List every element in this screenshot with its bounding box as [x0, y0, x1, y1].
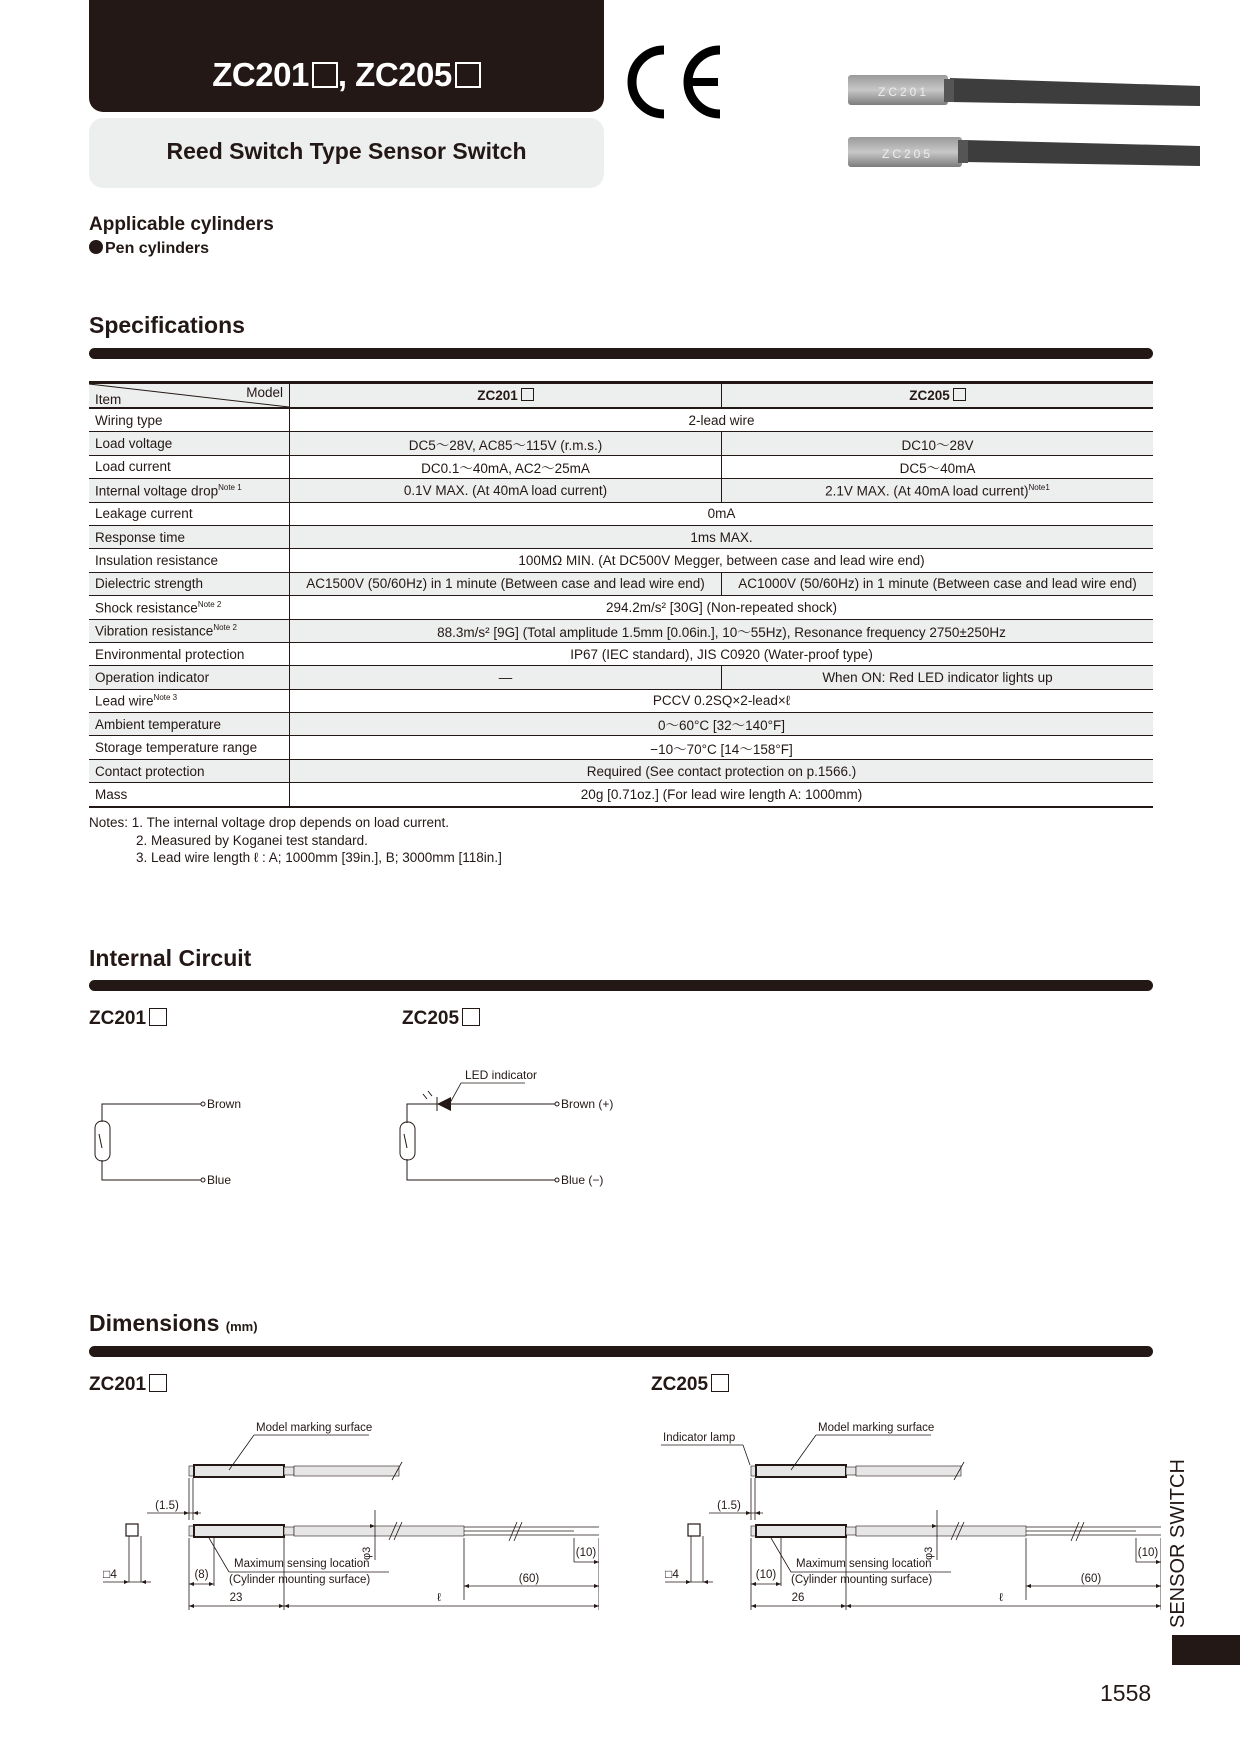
section-divider	[89, 980, 1153, 991]
spec-value: 0mA	[290, 502, 1154, 525]
table-row: Operation indicator—When ON: Red LED ind…	[89, 666, 1153, 689]
spec-value-zc205: DC10～28V	[722, 432, 1154, 455]
circuit-diagram-zc201: Brown Blue	[89, 1090, 289, 1190]
specifications-heading: Specifications	[89, 312, 245, 339]
spec-value: −10～70°C [14～158°F]	[290, 736, 1154, 759]
svg-text:(1.5): (1.5)	[717, 1500, 741, 1512]
spec-item-label: Wiring type	[89, 408, 290, 432]
svg-text:□4: □4	[665, 1567, 679, 1581]
table-row: Mass20g [0.71oz.] (For lead wire length …	[89, 783, 1153, 807]
spec-value: 100MΩ MIN. (At DC500V Megger, between ca…	[290, 549, 1154, 572]
spec-value-zc201: DC5～28V, AC85～115V (r.m.s.)	[290, 432, 722, 455]
circuit-diagram-zc205: LED indicator Brown (+) Blue (−)	[395, 1055, 635, 1195]
model-suffix-box	[312, 62, 338, 88]
spec-item-label: Leakage current	[89, 502, 290, 525]
svg-text:Blue: Blue	[207, 1173, 231, 1187]
table-row: Vibration resistanceNote 288.3m/s² [9G] …	[89, 619, 1153, 642]
dimension-model-zc201: ZC201	[89, 1374, 167, 1396]
table-row: Leakage current0mA	[89, 502, 1153, 525]
svg-text:(Cylinder mounting surface): (Cylinder mounting surface)	[229, 1574, 370, 1586]
reed-switch-icon	[400, 1122, 415, 1160]
section-divider	[89, 1346, 1153, 1357]
spec-item-label: Insulation resistance	[89, 549, 290, 572]
svg-text:(10): (10)	[1138, 1547, 1159, 1559]
spec-item-label: Contact protection	[89, 759, 290, 782]
table-row: Load voltageDC5～28V, AC85～115V (r.m.s.)D…	[89, 432, 1153, 455]
svg-text:ℓ: ℓ	[437, 1592, 441, 1604]
ce-mark-icon	[620, 42, 730, 122]
spec-item-label: Operation indicator	[89, 666, 290, 689]
applicable-cylinders-heading: Applicable cylinders	[89, 214, 274, 236]
spec-item-label: Internal voltage dropNote 1	[89, 479, 290, 502]
dimension-model-zc205: ZC205	[651, 1374, 729, 1396]
section-side-tab	[1172, 1635, 1240, 1665]
svg-text:(8): (8)	[194, 1569, 208, 1581]
spec-value: 294.2m/s² [30G] (Non-repeated shock)	[290, 596, 1154, 619]
spec-value: Required (See contact protection on p.15…	[290, 759, 1154, 782]
spec-item-label: Load current	[89, 455, 290, 478]
reed-switch-icon	[95, 1121, 110, 1161]
circuit-model-zc201: ZC201	[89, 1008, 167, 1030]
spec-value-zc205: When ON: Red LED indicator lights up	[722, 666, 1154, 689]
svg-text:(Cylinder mounting surface): (Cylinder mounting surface)	[791, 1574, 932, 1586]
svg-text:ZC205: ZC205	[882, 147, 933, 161]
spec-item-label: Storage temperature range	[89, 736, 290, 759]
spec-value: 20g [0.71oz.] (For lead wire length A: 1…	[290, 783, 1154, 807]
product-photo: ZC201 ZC205	[840, 60, 1210, 180]
dimension-drawing-zc205: □4(1.5)φ3(10)26ℓ(60)(10)Maximum sensing …	[651, 1410, 1161, 1610]
page-number: 1558	[1100, 1680, 1151, 1707]
svg-text:SENSOR SWITCHES: SENSOR SWITCHES	[1167, 1460, 1189, 1628]
svg-text:Model marking surface: Model marking surface	[818, 1422, 934, 1434]
internal-circuit-heading: Internal Circuit	[89, 945, 251, 972]
svg-text:Blue (−): Blue (−)	[561, 1173, 603, 1187]
table-row: Environmental protectionIP67 (IEC standa…	[89, 642, 1153, 665]
dimension-drawing-zc201: □4(1.5)φ3(8)23ℓ(60)(10)Maximum sensing l…	[89, 1410, 599, 1610]
spec-item-label: Vibration resistanceNote 2	[89, 619, 290, 642]
page-title: ZC201, ZC205	[89, 56, 604, 94]
section-divider	[89, 348, 1153, 359]
table-row: Contact protectionRequired (See contact …	[89, 759, 1153, 782]
spec-value-zc205: DC5～40mA	[722, 455, 1154, 478]
table-row: Wiring type2-lead wire	[89, 408, 1153, 432]
svg-text:Brown (+): Brown (+)	[561, 1097, 613, 1111]
svg-text:(1.5): (1.5)	[155, 1500, 179, 1512]
spec-item-label: Environmental protection	[89, 642, 290, 665]
table-row: Internal voltage dropNote 10.1V MAX. (At…	[89, 479, 1153, 502]
spec-item-label: Ambient temperature	[89, 713, 290, 736]
column-header-zc205: ZC205	[722, 383, 1154, 409]
svg-text:(60): (60)	[1081, 1573, 1102, 1585]
svg-text:(10): (10)	[756, 1569, 777, 1581]
spec-value-zc201: 0.1V MAX. (At 40mA load current)	[290, 479, 722, 502]
svg-text:□4: □4	[103, 1567, 117, 1581]
spec-value: IP67 (IEC standard), JIS C0920 (Water-pr…	[290, 642, 1154, 665]
bullet-icon	[89, 240, 103, 254]
table-row: Dielectric strengthAC1500V (50/60Hz) in …	[89, 572, 1153, 595]
svg-text:23: 23	[230, 1592, 243, 1604]
spec-value-zc201: —	[290, 666, 722, 689]
spec-value: 88.3m/s² [9G] (Total amplitude 1.5mm [0.…	[290, 619, 1154, 642]
item-model-header: Item Model	[89, 383, 290, 409]
table-row: Shock resistanceNote 2294.2m/s² [30G] (N…	[89, 596, 1153, 619]
model-suffix-box	[455, 62, 481, 88]
table-row: Load currentDC0.1～40mA, AC2～25mADC5～40mA	[89, 455, 1153, 478]
spec-item-label: Load voltage	[89, 432, 290, 455]
circuit-model-zc205: ZC205	[402, 1008, 480, 1030]
svg-text:Indicator lamp: Indicator lamp	[663, 1432, 735, 1444]
spec-value-zc201: DC0.1～40mA, AC2～25mA	[290, 455, 722, 478]
spec-item-label: Mass	[89, 783, 290, 807]
spec-value-zc205: 2.1V MAX. (At 40mA load current)Note1	[722, 479, 1154, 502]
svg-text:(10): (10)	[576, 1547, 597, 1559]
spec-item-label: Lead wireNote 3	[89, 689, 290, 712]
spec-item-label: Shock resistanceNote 2	[89, 596, 290, 619]
svg-text:26: 26	[792, 1592, 805, 1604]
led-diode-icon	[437, 1097, 451, 1111]
svg-text:Maximum sensing location: Maximum sensing location	[234, 1558, 370, 1570]
spec-value: 1ms MAX.	[290, 525, 1154, 548]
svg-text:LED indicator: LED indicator	[465, 1068, 537, 1082]
spec-value-zc205: AC1000V (50/60Hz) in 1 minute (Between c…	[722, 572, 1154, 595]
table-row: Lead wireNote 3PCCV 0.2SQ×2-lead×ℓ	[89, 689, 1153, 712]
svg-text:(60): (60)	[519, 1573, 540, 1585]
specifications-table: Item Model ZC201 ZC205 Wiring type2-lead…	[89, 381, 1153, 808]
dimensions-heading: Dimensions (mm)	[89, 1310, 258, 1337]
spec-value-zc201: AC1500V (50/60Hz) in 1 minute (Between c…	[290, 572, 722, 595]
table-row: Ambient temperature0～60°C [32～140°F]	[89, 713, 1153, 736]
spec-item-label: Dielectric strength	[89, 572, 290, 595]
svg-text:Maximum sensing location: Maximum sensing location	[796, 1558, 932, 1570]
column-header-zc201: ZC201	[290, 383, 722, 409]
svg-text:Brown: Brown	[207, 1097, 241, 1111]
applicable-cylinder-item: Pen cylinders	[89, 240, 209, 258]
section-side-tab-label: SENSOR SWITCHES	[1160, 1460, 1190, 1630]
svg-text:Model marking surface: Model marking surface	[256, 1422, 372, 1434]
spec-item-label: Response time	[89, 525, 290, 548]
svg-text:ZC201: ZC201	[878, 85, 929, 99]
svg-text:ℓ: ℓ	[999, 1592, 1003, 1604]
specification-notes: Notes: 1. The internal voltage drop depe…	[89, 814, 502, 867]
table-row: Insulation resistance100MΩ MIN. (At DC50…	[89, 549, 1153, 572]
page-subtitle: Reed Switch Type Sensor Switch	[89, 138, 604, 165]
spec-value: 2-lead wire	[290, 408, 1154, 432]
spec-value: 0～60°C [32～140°F]	[290, 713, 1154, 736]
table-row: Storage temperature range−10～70°C [14～15…	[89, 736, 1153, 759]
spec-value: PCCV 0.2SQ×2-lead×ℓ	[290, 689, 1154, 712]
table-row: Response time1ms MAX.	[89, 525, 1153, 548]
table-header-row: Item Model ZC201 ZC205	[89, 383, 1153, 409]
